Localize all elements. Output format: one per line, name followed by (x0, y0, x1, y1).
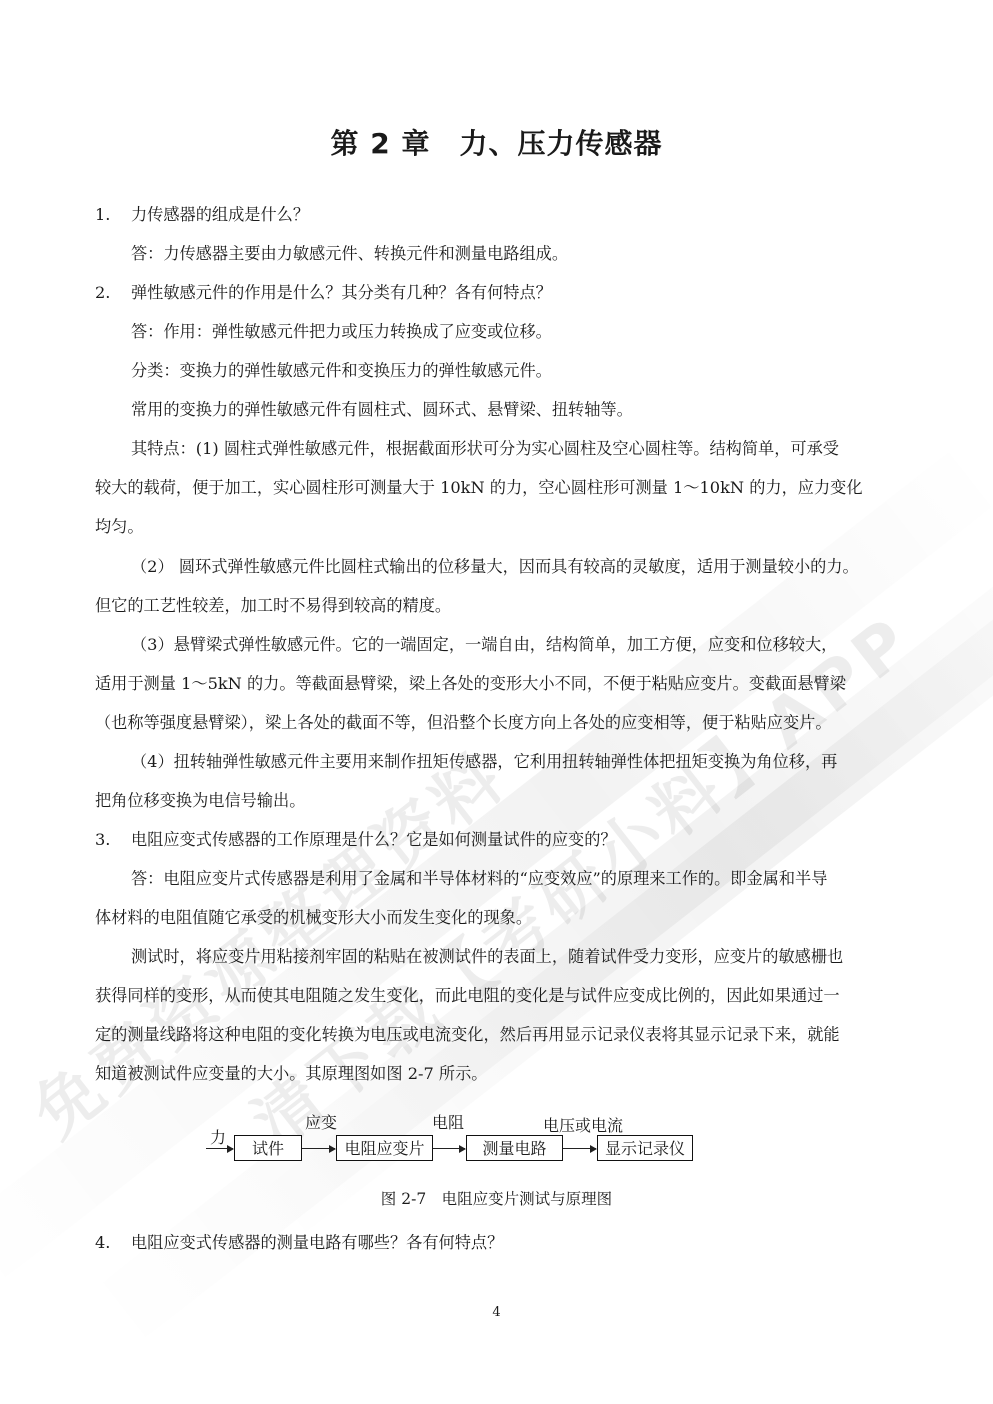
answer-line: 获得同样的变形，从而使其电阻随之发生变化，而此电阻的变化是与试件应变成比例的，因… (95, 986, 840, 1006)
question-1: 1.力传感器的组成是什么？ (95, 205, 309, 225)
arrow-3 (563, 1148, 596, 1149)
arrow-2 (433, 1148, 465, 1149)
question-text: 电阻应变式传感器的工作原理是什么？它是如何测量试件的应变的？ (131, 830, 617, 849)
answer-line: 体材料的电阻值随它承受的机械变形大小而发生变化的现象。 (95, 908, 532, 928)
answer-line: 答：力传感器主要由力敏感元件、转换元件和测量电路组成。 (131, 244, 568, 264)
question-number: 2. (95, 283, 131, 303)
watermark-text: 免费资源整理资料 (10, 725, 522, 1154)
answer-line: 常用的变换力的弹性敏感元件有圆柱式、圆环式、悬臂梁、扭转轴等。 (131, 400, 633, 420)
answer-line: 把角位移变换为电信号输出。 (95, 791, 305, 811)
answer-line: 适用于测量 1～5kN 的力。等截面悬臂梁，梁上各处的变形大小不同，不便于粘贴应… (95, 674, 846, 694)
answer-line: （2） 圆环式弹性敏感元件比圆柱式输出的位移量大，因而具有较高的灵敏度，适用于测… (131, 557, 859, 577)
arrow-input (206, 1148, 233, 1149)
box-measurement-circuit: 测量电路 (466, 1135, 563, 1161)
input-label: 力 (210, 1125, 226, 1148)
question-number: 3. (95, 830, 131, 850)
question-4: 4.电阻应变式传感器的测量电路有哪些？各有何特点？ (95, 1233, 503, 1253)
answer-line: 均匀。 (95, 517, 144, 537)
question-text: 电阻应变式传感器的测量电路有哪些？各有何特点？ (131, 1233, 503, 1252)
answer-line: （也称等强度悬臂梁），梁上各处的截面不等，但沿整个长度方向上各处的应变相等，便于… (95, 713, 832, 733)
answer-line: 答：电阻应变片式传感器是利用了金属和半导体材料的“应变效应”的原理来工作的。即金… (131, 869, 827, 889)
question-text: 力传感器的组成是什么？ (131, 205, 309, 224)
answer-line: 测试时，将应变片用粘接剂牢固的粘贴在被测试件的表面上，随着试件受力变形，应变片的… (131, 947, 843, 967)
arrow-label-voltage-current: 电压或电流 (543, 1113, 623, 1136)
answer-line: （4）扭转轴弹性敏感元件主要用来制作扭矩传感器，它利用扭转轴弹性体把扭矩变换为角… (131, 752, 837, 772)
answer-line: 答：作用：弹性敏感元件把力或压力转换成了应变或位移。 (131, 322, 552, 342)
answer-line: （3）悬臂梁式弹性敏感元件。它的一端固定，一端自由，结构简单，加工方便，应变和位… (131, 635, 837, 655)
arrow-label-resistance: 电阻 (432, 1110, 464, 1133)
box-display-recorder: 显示记录仪 (597, 1135, 693, 1161)
figure-caption: 图 2-7 电阻应变片测试与原理图 (0, 1187, 993, 1209)
answer-line: 较大的载荷，便于加工，实心圆柱形可测量大于 10kN 的力，空心圆柱形可测量 1… (95, 478, 863, 498)
question-3: 3.电阻应变式传感器的工作原理是什么？它是如何测量试件的应变的？ (95, 830, 617, 850)
arrow-label-strain: 应变 (305, 1110, 337, 1133)
answer-line: 分类：变换力的弹性敏感元件和变换压力的弹性敏感元件。 (131, 361, 552, 381)
answer-line: 知道被测试件应变量的大小。其原理图如图 2-7 所示。 (95, 1064, 487, 1084)
page-number: 4 (0, 1305, 993, 1320)
question-number: 1. (95, 205, 131, 225)
box-specimen: 试件 (234, 1135, 302, 1161)
arrow-1 (302, 1148, 335, 1149)
box-strain-gauge: 电阻应变片 (336, 1135, 433, 1161)
chapter-title: 第 2 章 力、压力传感器 (0, 122, 993, 162)
question-number: 4. (95, 1233, 131, 1253)
answer-line: 但它的工艺性较差，加工时不易得到较高的精度。 (95, 596, 451, 616)
question-2: 2.弹性敏感元件的作用是什么？其分类有几种？各有何特点？ (95, 283, 552, 303)
answer-line: 其特点：(1) 圆柱式弹性敏感元件，根据截面形状可分为实心圆柱及空心圆柱等。结构… (131, 439, 839, 459)
question-text: 弹性敏感元件的作用是什么？其分类有几种？各有何特点？ (131, 283, 552, 302)
answer-line: 定的测量线路将这种电阻的变化转换为电压或电流变化，然后再用显示记录仪表将其显示记… (95, 1025, 840, 1045)
